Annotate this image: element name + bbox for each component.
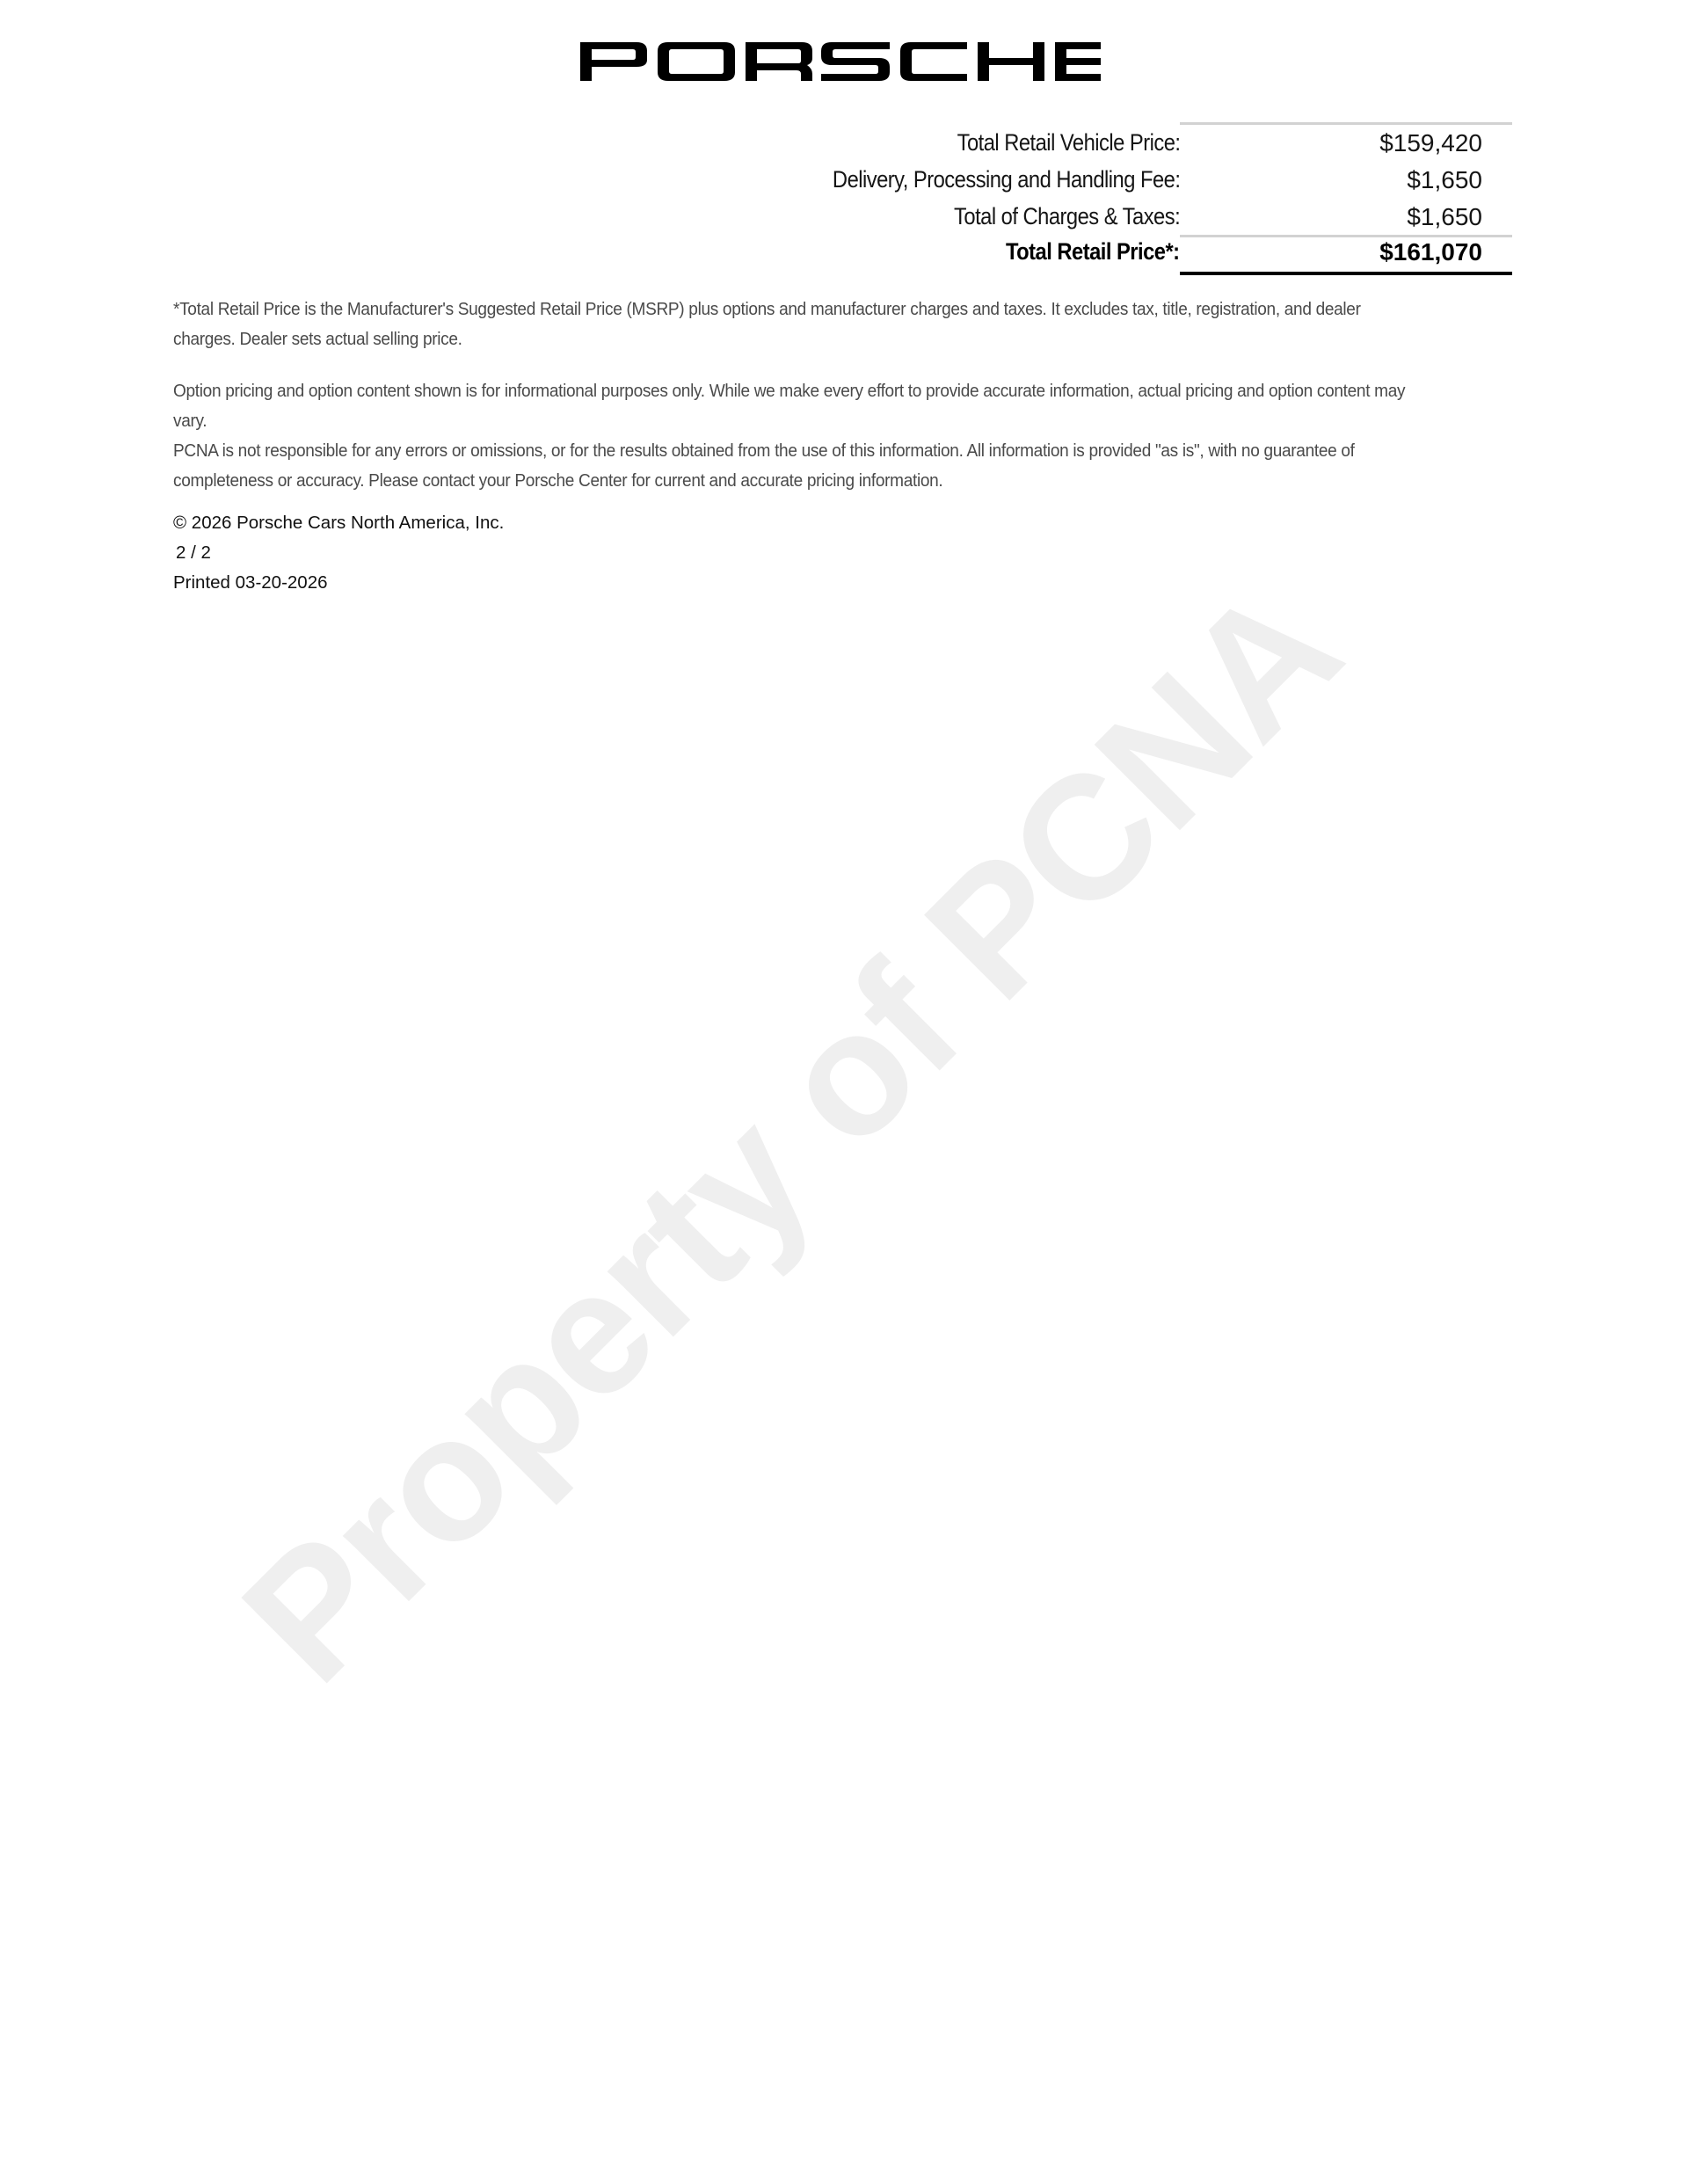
price-label: Total of Charges & Taxes: xyxy=(954,203,1180,230)
printed-date: Printed 03-20-2026 xyxy=(173,568,504,598)
price-row-vehicle: Total Retail Vehicle Price: $159,420 xyxy=(527,126,1512,163)
total-label: Total Retail Price*: xyxy=(1006,238,1180,266)
msrp-disclaimer: *Total Retail Price is the Manufacturer'… xyxy=(173,295,1424,354)
porsche-wordmark-icon xyxy=(580,42,1101,81)
price-summary-table: Total Retail Vehicle Price: $159,420 Del… xyxy=(527,122,1512,272)
price-value: $1,650 xyxy=(1407,203,1482,231)
total-value: $161,070 xyxy=(1379,238,1482,266)
price-row-charges: Total of Charges & Taxes: $1,650 xyxy=(527,200,1512,237)
watermark: Property of PCNA xyxy=(205,548,1378,1721)
page-footer: © 2026 Porsche Cars North America, Inc. … xyxy=(173,508,504,598)
table-bottom-rule xyxy=(1180,272,1512,275)
price-value: $159,420 xyxy=(1379,129,1482,157)
price-label: Total Retail Vehicle Price: xyxy=(957,129,1180,157)
copyright: © 2026 Porsche Cars North America, Inc. xyxy=(173,508,504,538)
msrp-note: *Total Retail Price is the Manufacturer'… xyxy=(173,295,1424,354)
price-label: Delivery, Processing and Handling Fee: xyxy=(832,166,1180,193)
price-row-delivery: Delivery, Processing and Handling Fee: $… xyxy=(527,163,1512,200)
table-top-rule xyxy=(1180,122,1512,125)
info-disclaimer: Option pricing and option content shown … xyxy=(173,376,1424,496)
price-value: $1,650 xyxy=(1407,166,1482,194)
option-note: Option pricing and option content shown … xyxy=(173,376,1424,436)
liability-note: PCNA is not responsible for any errors o… xyxy=(173,436,1424,496)
price-row-total: Total Retail Price*: $161,070 xyxy=(527,235,1512,272)
porsche-logo xyxy=(580,42,1101,81)
page-number: 2 / 2 xyxy=(173,538,504,568)
